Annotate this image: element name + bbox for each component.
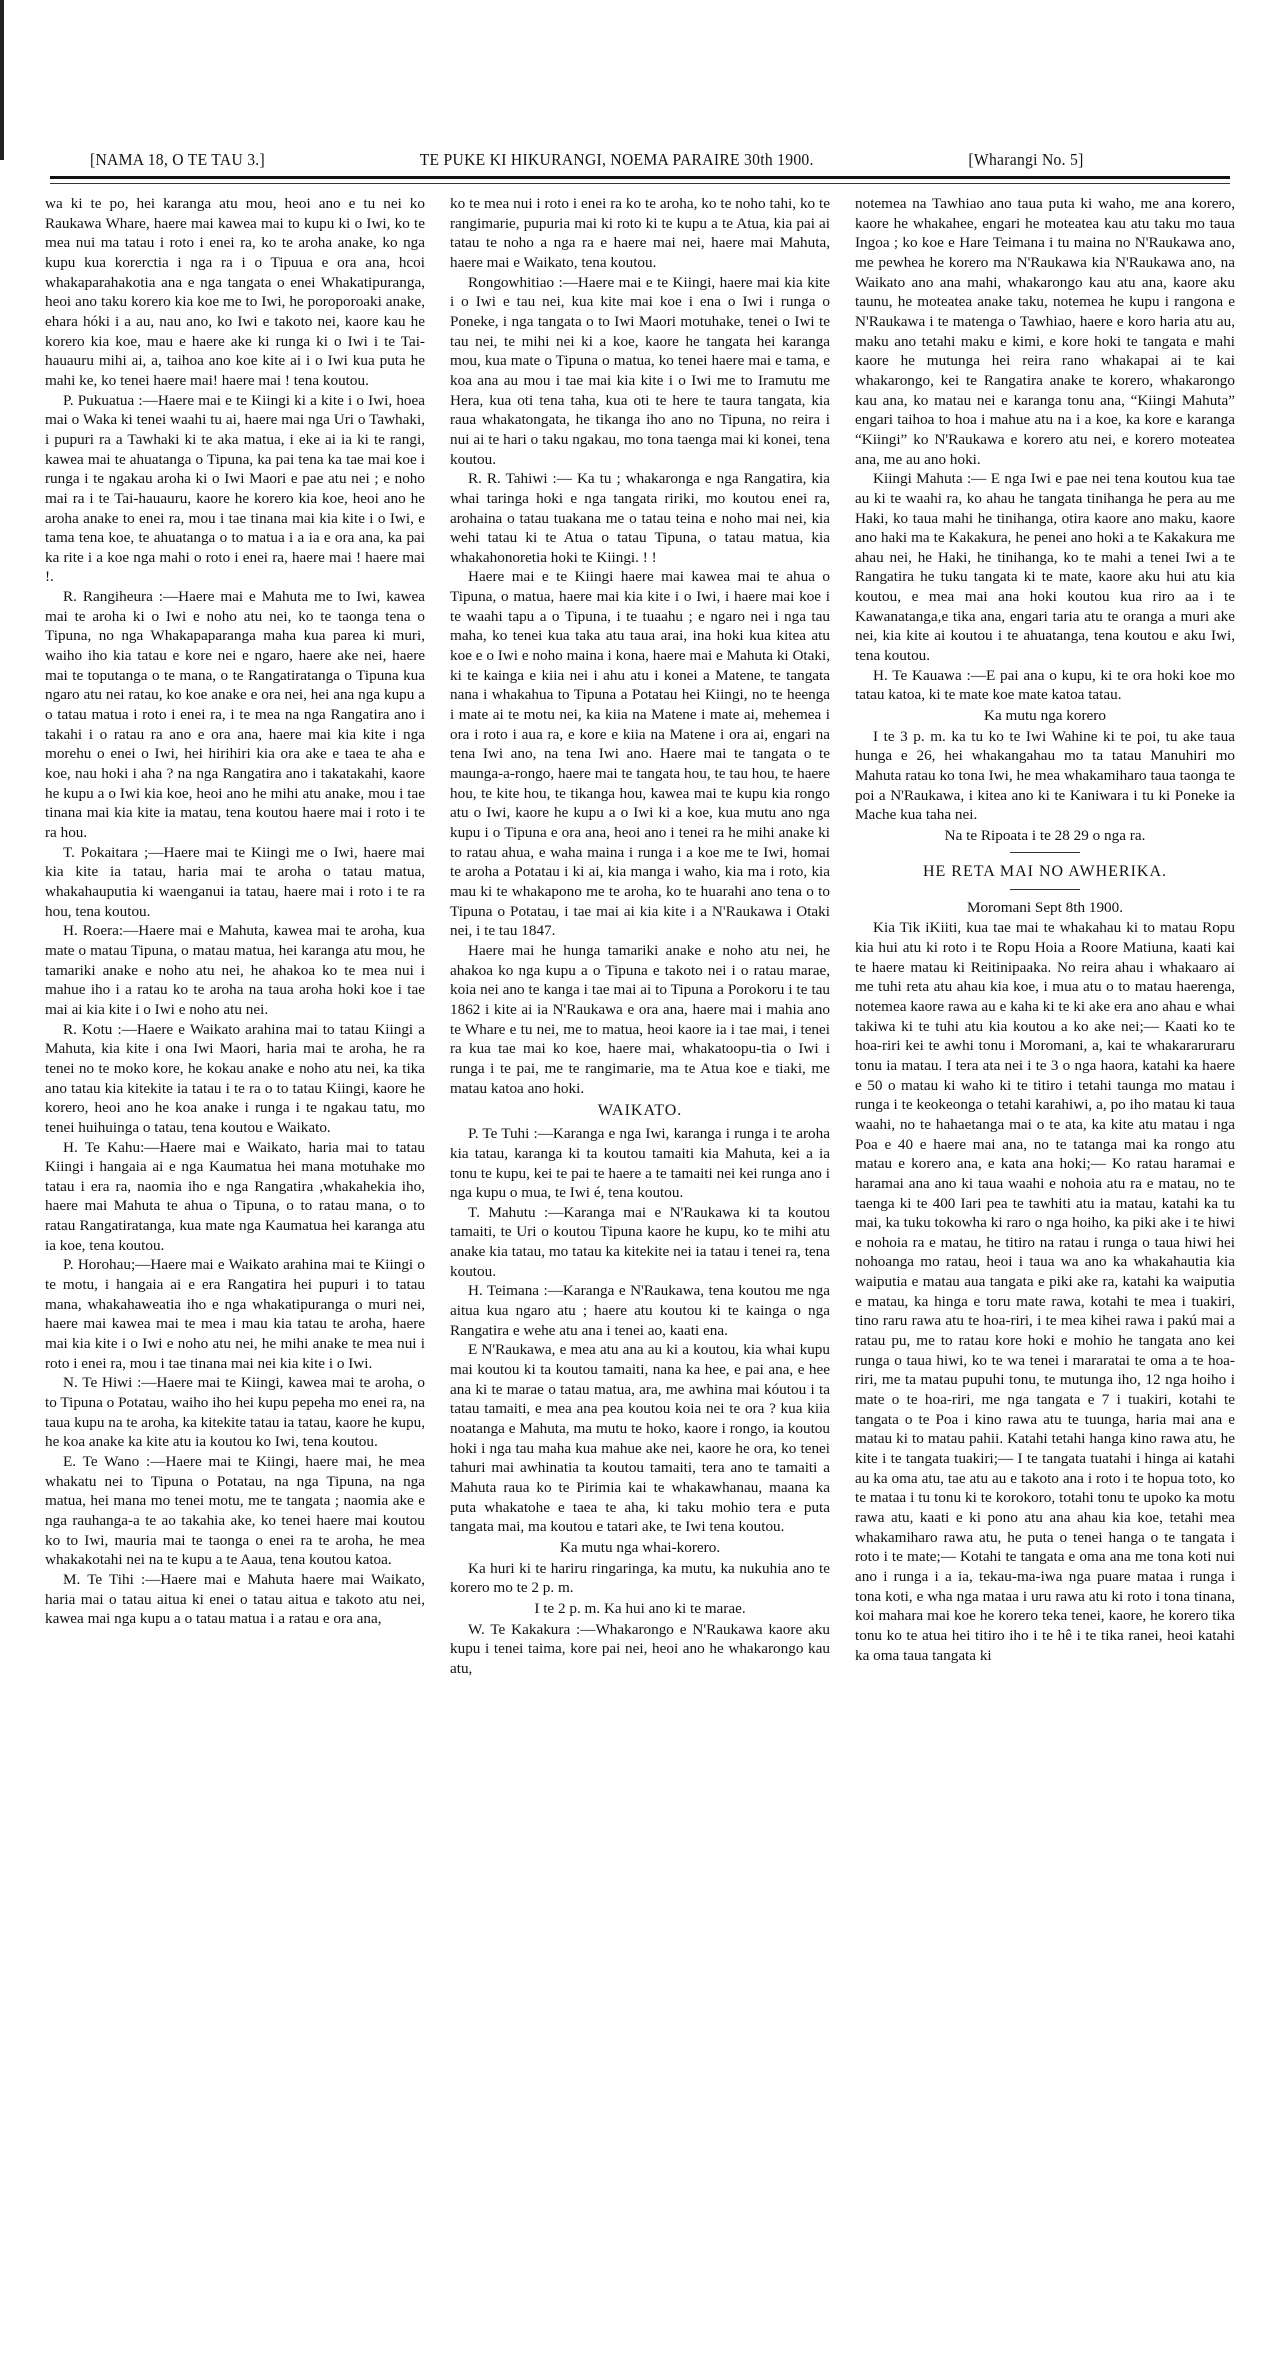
centered-note: Ka mutu nga korero [855,706,1235,726]
section-divider [1010,889,1080,890]
paragraph: Haere mai he hunga tamariki anake e noho… [450,941,830,1098]
paragraph: Kia Tik iKiiti, kua tae mai te whakahau … [855,918,1235,1665]
section-heading: WAIKATO. [450,1100,830,1122]
article-columns: wa ki te po, hei karanga atu mou, heoi a… [45,194,1235,1679]
paragraph: N. Te Hiwi :—Haere mai te Kiingi, kawea … [45,1373,425,1452]
paragraph: H. Te Kahu:—Haere mai e Waikato, haria m… [45,1138,425,1256]
paragraph: Kiingi Mahuta :— E nga Iwi e pae nei ten… [855,469,1235,666]
issue-number: [NAMA 18, O TE TAU 3.] [90,150,265,170]
column-2: ko te mea nui i roto i enei ra ko te aro… [450,194,830,1679]
paragraph: I te 3 p. m. ka tu ko te Iwi Wahine ki t… [855,727,1235,825]
paragraph: T. Pokaitara ;—Haere mai te Kiingi me o … [45,843,425,922]
paragraph: Haere mai e te Kiingi haere mai kawea ma… [450,567,830,940]
masthead: [NAMA 18, O TE TAU 3.] TE PUKE KI HIKURA… [90,150,1084,174]
paragraph: R. R. Tahiwi :— Ka tu ; whakaronga e nga… [450,469,830,567]
newspaper-title-date: TE PUKE KI HIKURANGI, NOEMA PARAIRE 30th… [420,150,814,170]
section-divider [1010,852,1080,853]
centered-note: Na te Ripoata i te 28 29 o nga ra. [855,826,1235,846]
scan-edge-shadow [0,0,4,160]
paragraph: H. Teimana :—Karanga e N'Raukawa, tena k… [450,1281,830,1340]
paragraph: T. Mahutu :—Karanga mai e N'Raukawa ki t… [450,1203,830,1282]
paragraph: M. Te Tihi :—Haere mai e Mahuta haere ma… [45,1570,425,1629]
column-3: notemea na Tawhiao ano taua puta ki waho… [855,194,1235,1679]
paragraph: P. Pukuatua :—Haere mai e te Kiingi ki a… [45,391,425,588]
column-1: wa ki te po, hei karanga atu mou, heoi a… [45,194,425,1679]
paragraph: E N'Raukawa, e mea atu ana au ki a kouto… [450,1340,830,1537]
page-number: [Wharangi No. 5] [968,150,1083,170]
centered-note: I te 2 p. m. Ka hui ano ki te marae. [450,1599,830,1619]
paragraph: P. Te Tuhi :—Karanga e nga Iwi, karanga … [450,1124,830,1203]
paragraph: Ka huri ki te hariru ringaringa, ka mutu… [450,1559,830,1598]
paragraph: Rongowhitiao :—Haere mai e te Kiingi, ha… [450,273,830,470]
centered-note: Moromani Sept 8th 1900. [855,898,1235,918]
centered-note: Ka mutu nga whai-korero. [450,1538,830,1558]
paragraph: R. Rangiheura :—Haere mai e Mahuta me to… [45,587,425,843]
paragraph: H. Te Kauawa :—E pai ana o kupu, ki te o… [855,666,1235,705]
paragraph: P. Horohau;—Haere mai e Waikato arahina … [45,1255,425,1373]
paragraph: ko te mea nui i roto i enei ra ko te aro… [450,194,830,273]
masthead-rule-thick [50,176,1230,179]
paragraph: wa ki te po, hei karanga atu mou, heoi a… [45,194,425,391]
paragraph: H. Roera:—Haere mai e Mahuta, kawea mai … [45,921,425,1019]
paragraph: notemea na Tawhiao ano taua puta ki waho… [855,194,1235,469]
paragraph: W. Te Kakakura :—Whakarongo e N'Raukawa … [450,1620,830,1679]
section-heading: HE RETA MAI NO AWHERIKA. [855,861,1235,883]
masthead-rule-thin [50,183,1230,184]
paragraph: E. Te Wano :—Haere mai te Kiingi, haere … [45,1452,425,1570]
paragraph: R. Kotu :—Haere e Waikato arahina mai to… [45,1020,425,1138]
